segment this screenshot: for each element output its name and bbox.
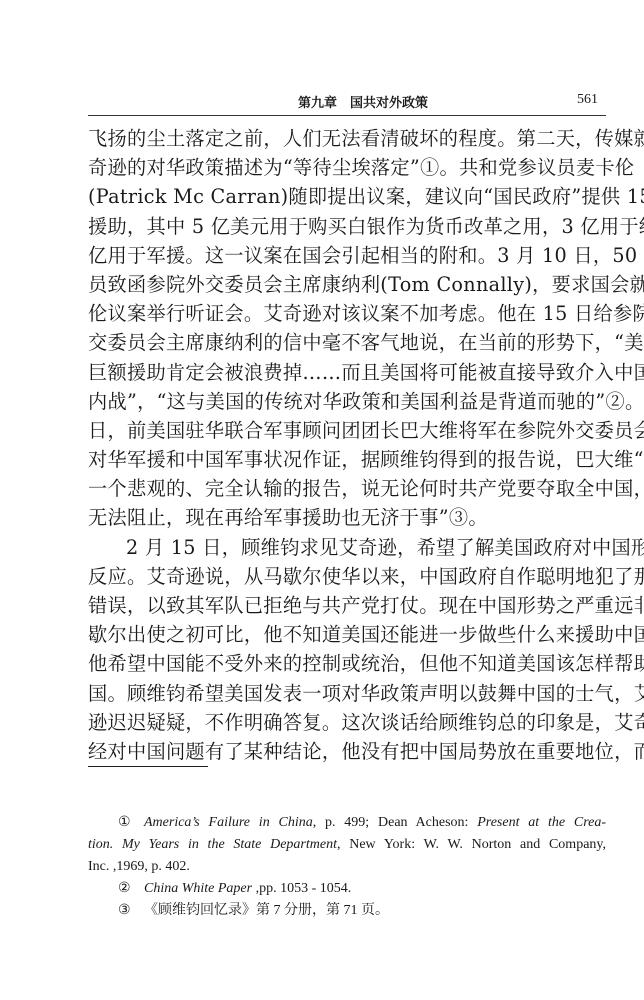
cited-title: tion. My Years in the State Department (88, 837, 337, 852)
footnote-marker: ② (118, 878, 144, 900)
citation-text: , p. 499; Dean Acheson: (313, 815, 478, 830)
cited-title: China White Paper (144, 881, 252, 896)
chapter-title: 第九章 国共对外政策 (298, 92, 428, 111)
footnote-2: ②China White Paper ,pp. 1053 - 1054. (88, 878, 606, 900)
footnote-rule (88, 766, 208, 767)
text-line: 奇逊的对华政策描述为“等待尘埃落定”①。共和党参议员麦卡伦 (88, 153, 606, 182)
footnote-marker: ③ (118, 900, 144, 922)
text-line: 无法阻止，现在再给军事援助也无济于事”③。 (88, 503, 606, 532)
text-line: (Patrick Mc Carran)随即提出议案，建议向“国民政府”提供 15… (88, 182, 606, 211)
text-line: 援助，其中 5 亿美元用于购买白银作为货币改革之用，3 亿用于经援，7 (88, 212, 606, 241)
text-line: 飞扬的尘土落定之前，人们无法看清破坏的程度。第二天，传媒就把艾 (88, 124, 606, 153)
header-rule (88, 115, 606, 116)
text-line: 员致函参院外交委员会主席康纳利(Tom Connally)，要求国会就麦卡 (88, 270, 606, 299)
text-line: 内战”，“这与美国的传统对华政策和美国利益是背道而驰的”②。22 (88, 387, 606, 416)
text-line: 国。顾维钧希望美国发表一项对华政策声明以鼓舞中国的士气，艾奇 (88, 679, 606, 708)
page-number: 561 (577, 92, 598, 108)
text-line: 交委员会主席康纳利的信中毫不客气地说，在当前的形势下，“美国的 (88, 328, 606, 357)
text-line: 逊迟迟疑疑，不作明确答复。这次谈话给顾维钧总的印象是，艾奇逊已 (88, 708, 606, 737)
text-line: 亿用于军援。这一议案在国会引起相当的附和。3 月 10 日，50 名参议 (88, 241, 606, 270)
footnotes: ①America’s Failure in China, p. 499; Dea… (88, 812, 606, 922)
cited-title: America’s Failure in China (144, 815, 313, 830)
text-line: 经对中国问题有了某种结论，他没有把中国局势放在重要地位，而是全 (88, 737, 606, 766)
citation-text: 《顾维钧回忆录》第 7 分册，第 71 页。 (144, 903, 389, 918)
footnote-1-line-3: Inc. ,1969, p. 402. (88, 856, 606, 878)
text-line: 反应。艾奇逊说，从马歇尔使华以来，中国政府自作聪明地犯了那么多 (88, 562, 606, 591)
footnote-1-line-1: ①America’s Failure in China, p. 499; Dea… (88, 812, 606, 834)
text-line: 错误，以致其军队已拒绝与共产党打仗。现在中国形势之严重远非马 (88, 591, 606, 620)
cited-title: Present at the Crea- (477, 815, 606, 830)
text-line: 对华军援和中国军事状况作证，据顾维钧得到的报告说，巴大维“作了 (88, 445, 606, 474)
footnote-marker: ① (118, 812, 144, 834)
text-line: 日，前美国驻华联合军事顾问团团长巴大维将军在参院外交委员会就 (88, 416, 606, 445)
text-line: 歇尔出使之初可比，他不知道美国还能进一步做些什么来援助中国。 (88, 620, 606, 649)
body-text: 飞扬的尘土落定之前，人们无法看清破坏的程度。第二天，传媒就把艾 奇逊的对华政策描… (88, 124, 606, 766)
footnote-3: ③《顾维钧回忆录》第 7 分册，第 71 页。 (88, 900, 606, 922)
text-line: 巨额援助肯定会被浪费掉……而且美国将可能被直接导致介入中国的 (88, 358, 606, 387)
running-header: 第九章 国共对外政策 561 (88, 90, 606, 112)
text-line: 他希望中国能不受外来的控制或统治，但他不知道美国该怎样帮助中 (88, 649, 606, 678)
citation-text: ,pp. 1053 - 1054. (252, 881, 351, 896)
paragraph-start-line: 2 月 15 日，顾维钧求见艾奇逊，希望了解美国政府对中国形势的 (88, 533, 606, 562)
text-line: 一个悲观的、完全认输的报告，说无论何时共产党要夺取全中国，都已 (88, 474, 606, 503)
citation-text: , New York: W. W. Norton and Company, (337, 837, 606, 852)
text-line: 伦议案举行听证会。艾奇逊对该议案不加考虑。他在 15 日给参院外 (88, 299, 606, 328)
footnote-1-line-2: tion. My Years in the State Department, … (88, 834, 606, 856)
